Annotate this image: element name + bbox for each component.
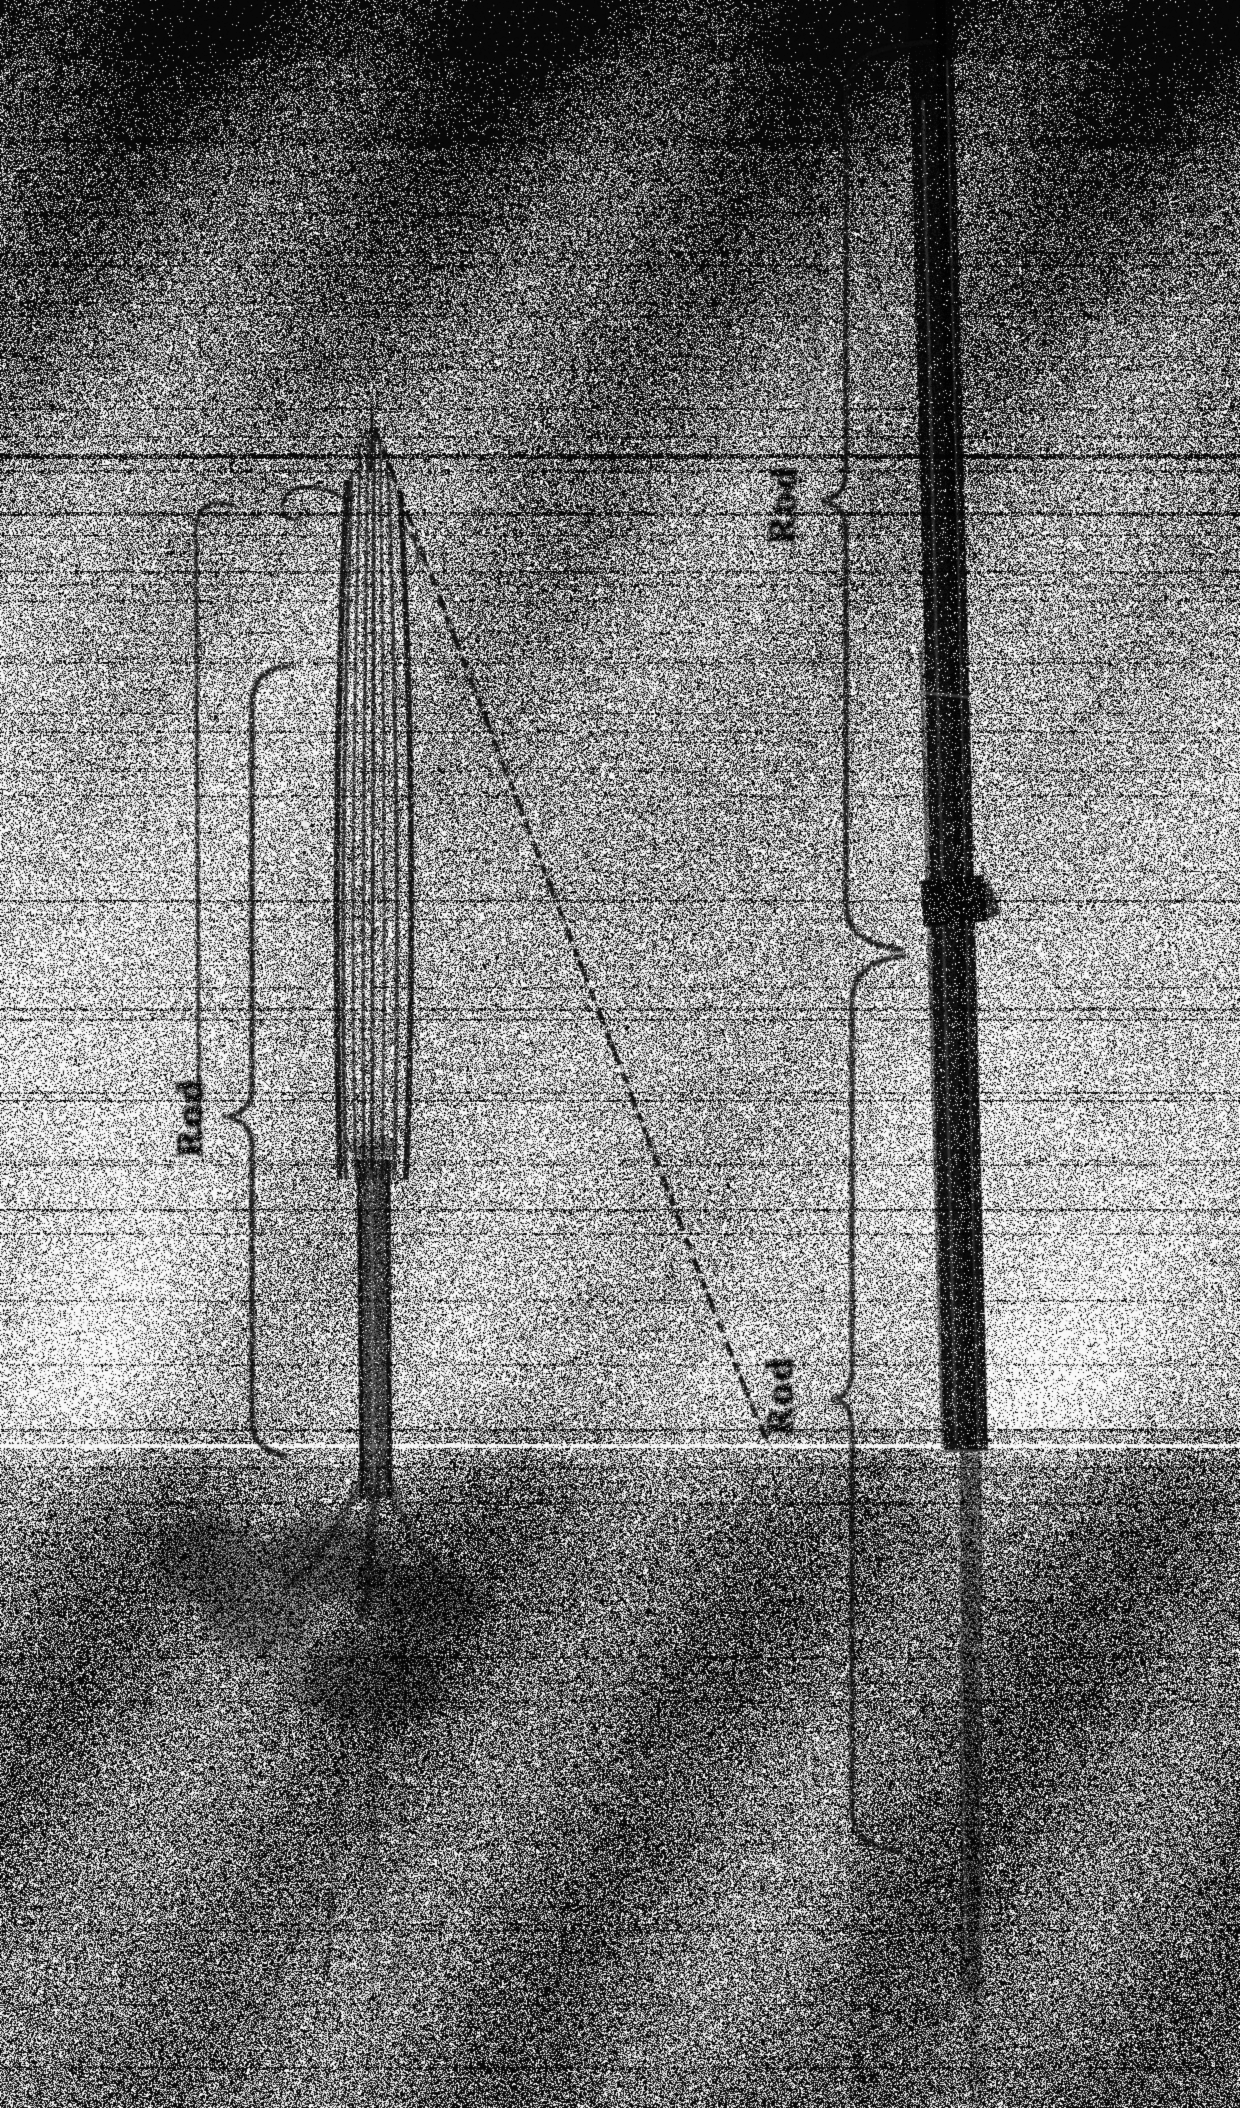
label-rod-bottom-right-text: Rod: [760, 1355, 801, 1436]
base-blob: [290, 1635, 450, 1725]
rod-collar: [952, 878, 956, 924]
smudge: [302, 700, 306, 1100]
label-rod-top-right-text: Rod: [763, 464, 806, 546]
label-rod-left-text: Rod: [171, 1078, 211, 1159]
stem-node: [347, 1136, 399, 1160]
reflection-tail: [974, 1990, 978, 2108]
leaf-hook-left: [282, 487, 352, 519]
bundle-strand: [380, 445, 384, 1180]
left-wire-rod: [196, 501, 240, 1620]
rod-collar-nub: [978, 884, 990, 918]
corner-reflection: [240, 1850, 330, 2060]
smudge: [868, 210, 872, 530]
rod-reflection: [966, 1452, 976, 1995]
wire: [196, 503, 232, 1142]
brace-lower-right: [836, 956, 904, 1852]
bundle-strand: [372, 425, 374, 1180]
base-blob: [360, 1565, 480, 1635]
brace-left: [228, 666, 288, 1456]
scan-smudges: [302, 160, 872, 1100]
bundle-strand: [388, 465, 397, 1180]
tall-rod: [915, 0, 995, 2108]
smudge: [806, 160, 816, 430]
lower-stem-edge: [388, 1160, 390, 1500]
bundle-strand: [363, 440, 368, 1180]
bundle-strand: [353, 455, 360, 1180]
annotated-photo-overlay: [0, 0, 1240, 2108]
lower-stem-edge: [359, 1160, 362, 1500]
bundle-edge-right: [400, 490, 411, 1180]
photo-plate: Rod Rod Rod: [0, 0, 1240, 2108]
base-blob: [155, 1515, 265, 1605]
plant-tip: [371, 413, 372, 472]
leaning-rod-reflection: [600, 1470, 756, 1915]
corner-reflection: [230, 1880, 260, 2000]
ground-vegetation: [155, 1480, 480, 2060]
